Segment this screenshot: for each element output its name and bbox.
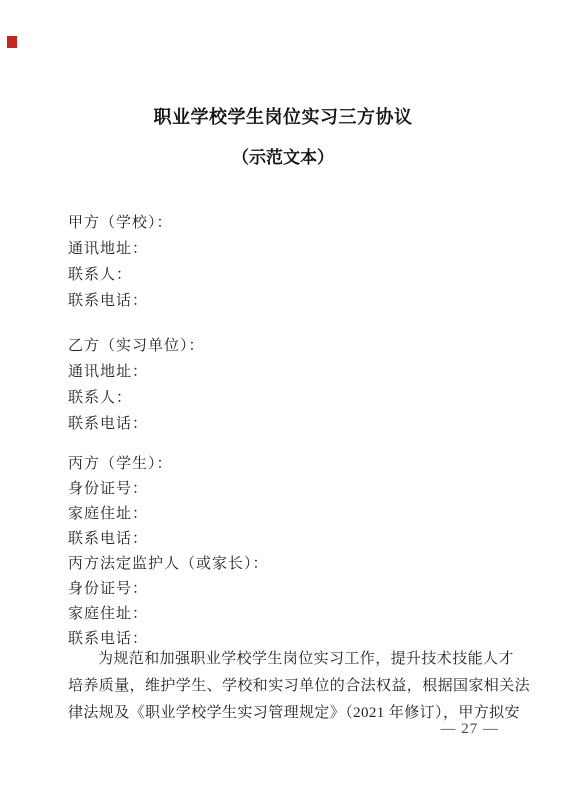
party-b-address-label: 通讯地址： [68, 359, 508, 385]
guardian-home-address-label: 家庭住址： [68, 602, 508, 627]
red-stamp-icon [7, 36, 17, 48]
preamble-line-3: 律法规及《职业学校学生实习管理规定》（2021 年修订），甲方拟安 [68, 700, 505, 727]
preamble-line-2: 培养质量，维护学生、学校和实习单位的合法权益，根据国家相关法 [68, 673, 505, 700]
party-a-name-label: 甲方（学校）： [68, 210, 508, 236]
party-c-phone-label: 联系电话： [68, 527, 508, 552]
party-a-address-label: 通讯地址： [68, 236, 508, 262]
party-b-name-label: 乙方（实习单位）： [68, 333, 508, 359]
document-title: 职业学校学生岗位实习三方协议 [0, 106, 566, 128]
party-c-id-label: 身份证号： [68, 477, 508, 502]
document-subtitle: （示范文本） [0, 147, 566, 168]
party-a-contact-label: 联系人： [68, 262, 508, 288]
party-c-home-address-label: 家庭住址： [68, 502, 508, 527]
party-b-phone-label: 联系电话： [68, 411, 508, 437]
guardian-name-label: 丙方法定监护人（或家长）： [68, 552, 508, 577]
guardian-id-label: 身份证号： [68, 577, 508, 602]
party-c-section: 丙方（学生）： 身份证号： 家庭住址： 联系电话： 丙方法定监护人（或家长）： … [68, 452, 508, 652]
preamble-paragraph: 为规范和加强职业学校学生岗位实习工作，提升技术技能人才 培养质量，维护学生、学校… [68, 646, 505, 727]
party-c-name-label: 丙方（学生）： [68, 452, 508, 477]
party-a-phone-label: 联系电话： [68, 288, 508, 314]
document-page: 职业学校学生岗位实习三方协议 （示范文本） 甲方（学校）： 通讯地址： 联系人：… [0, 0, 566, 800]
party-b-contact-label: 联系人： [68, 385, 508, 411]
page-number: — 27 — [441, 721, 500, 738]
preamble-line-1: 为规范和加强职业学校学生岗位实习工作，提升技术技能人才 [68, 646, 505, 673]
party-b-section: 乙方（实习单位）： 通讯地址： 联系人： 联系电话： [68, 333, 508, 437]
parties-block: 甲方（学校）： 通讯地址： 联系人： 联系电话： 乙方（实习单位）： 通讯地址：… [68, 210, 508, 652]
party-a-section: 甲方（学校）： 通讯地址： 联系人： 联系电话： [68, 210, 508, 314]
